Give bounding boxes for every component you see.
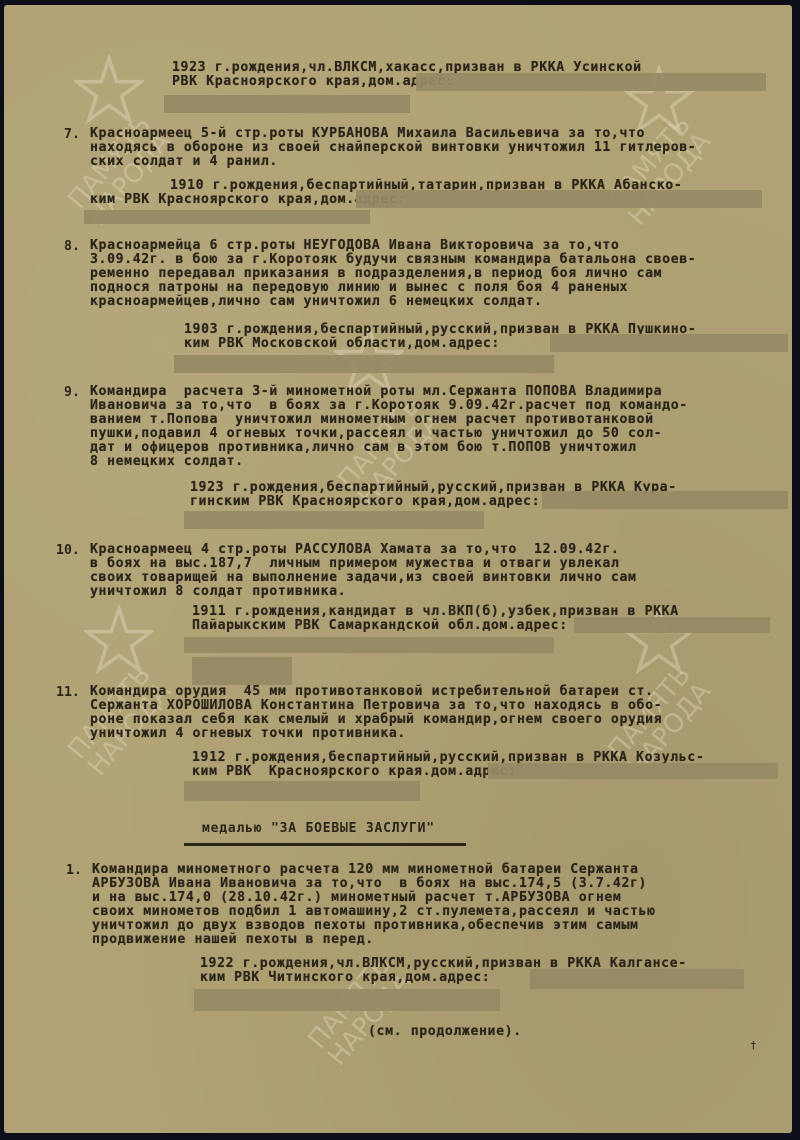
citation-line: пушки,подавил 4 огневых точки,рассеял и … [90, 427, 662, 441]
entry-number: 11. [56, 685, 80, 700]
citation-line: ских солдат и 4 ранил. [90, 155, 278, 169]
citation-line: ванием т.Попова уничтожил минометным огн… [90, 413, 654, 427]
redacted-address [574, 617, 770, 633]
bio-line: ким РВК Красноярского края.дом.адрес: [192, 765, 517, 779]
citation-line: и на выс.174,0 (28.10.42г.) минометный р… [92, 891, 621, 905]
citation-line: дат и офицеров противника,лично сам в эт… [90, 441, 637, 455]
citation-line: роне показал себя как смелый и храбрый к… [90, 713, 662, 727]
bio-line: РВК Красноярского края,дом.адрес: [172, 75, 454, 89]
citation-line: Командира орудия 45 мм противотанковой и… [90, 685, 654, 699]
citation-line: Сержанта ХОРОШИЛОВА Константина Петрович… [90, 699, 662, 713]
bio-line: Пайарыкским РВК Самаркандской обл.дом.ад… [192, 619, 568, 633]
redacted-address [84, 210, 370, 224]
citation-line: Командира минометного расчета 120 мм мин… [92, 863, 639, 877]
redacted-address [184, 637, 554, 653]
entry-number: 10. [56, 543, 80, 558]
citation-line: уничтожил 4 огневых точки противника. [90, 727, 406, 741]
redacted-address [164, 95, 410, 113]
entry-number: 7. [64, 127, 80, 142]
citation-line: своих товарищей на выполнение задачи,из … [90, 571, 637, 585]
citation-line: АРБУЗОВА Ивана Ивановича за то,что в боя… [92, 877, 647, 891]
redacted-address [530, 969, 744, 989]
citation-line: ременно передавал приказания в подраздел… [90, 267, 662, 281]
citation-line: находясь в обороне из своей снайперской … [90, 141, 696, 155]
citation-line: Красноармеец 4 стр.роты РАССУЛОВА Хамата… [90, 543, 619, 557]
star-watermark-icon [74, 55, 144, 125]
citation-line: 8 немецких солдат. [90, 455, 244, 469]
document-page: ПАМЯТЬ НАРОДА ПАМЯТЬ НАРОДА ПАМЯТЬ НАРОД… [4, 5, 792, 1133]
citation-line: Красноармеец 5-й стр.роты КУРБАНОВА Миха… [90, 127, 645, 141]
entry-number: 1. [66, 863, 82, 878]
citation-line: 3.09.42г. в бою за г.Коротояк будучи свя… [90, 253, 696, 267]
bio-line: ким РВК Московской области,дом.адрес: [184, 337, 500, 351]
section-heading: медалью "ЗА БОЕВЫЕ ЗАСЛУГИ" [202, 821, 435, 836]
citation-line: уничтожил до двух взводов пехоты противн… [92, 919, 639, 933]
redacted-address [194, 989, 500, 1011]
citation-line: своих минометов подбил 1 автомашину,2 ст… [92, 905, 656, 919]
redacted-address [192, 657, 292, 685]
bio-line: гинским РВК Красноярского края,дом.адрес… [190, 495, 540, 509]
redacted-address [488, 763, 778, 779]
citation-line: красноармейцев,лично сам уничтожил 6 нем… [90, 295, 543, 309]
redacted-address [542, 491, 788, 509]
citation-line: поднося патроны на передовую линию и вын… [90, 281, 628, 295]
star-watermark-icon [84, 605, 154, 675]
citation-line: Ивановича за то,что в боях за г.Коротояк… [90, 399, 688, 413]
continuation-note: (см. продолжение). [368, 1025, 522, 1039]
citation-line: Командира расчета 3-й минометной роты мл… [90, 385, 662, 399]
entry-number: 8. [64, 239, 80, 254]
redacted-address [184, 511, 484, 529]
citation-line: в боях на выс.187,7 личным примером муже… [90, 557, 619, 571]
redacted-address [174, 355, 554, 373]
page-mark: † [750, 1039, 757, 1052]
bio-line: ким РВК Читинского края,дом.адрес: [200, 971, 490, 985]
entry-number: 9. [64, 385, 80, 400]
citation-line: продвижение нашей пехоты в перед. [92, 933, 374, 947]
redacted-address [356, 190, 762, 208]
redacted-address [550, 334, 788, 352]
citation-line: Красноармейца 6 стр.роты НЕУГОДОВА Ивана… [90, 239, 619, 253]
redacted-address [184, 781, 420, 801]
heading-underline [184, 843, 466, 846]
redacted-address [416, 73, 766, 91]
citation-line: уничтожил 8 солдат противника. [90, 585, 346, 599]
